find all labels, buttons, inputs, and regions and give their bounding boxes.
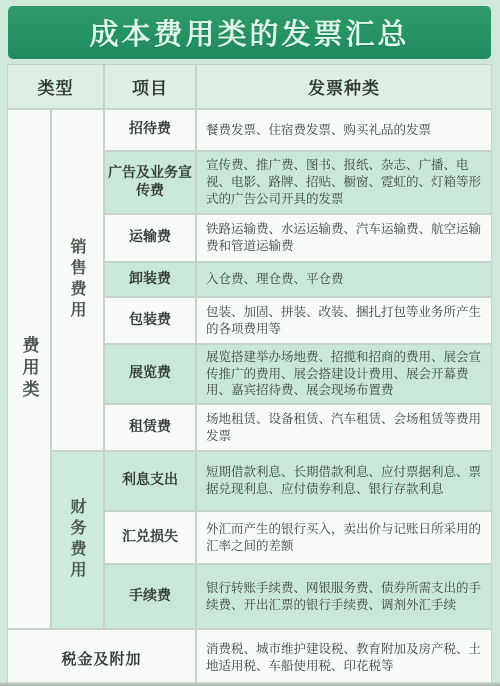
row-invoice-desc: 包装、加固、拼装、改装、捆扎打包等业务所产生的各项费用等 [197,298,491,343]
row-item-label: 利息支出 [105,452,195,510]
row-item-label: 招待费 [105,110,195,150]
row-item-label: 展览费 [105,345,195,403]
infographic-page: 成本费用类的发票汇总 类型 项目 发票种类 费用类 销售费用 财务费用 招待费 … [0,0,500,686]
row-invoice-desc: 入仓费、理仓费、平仓费 [197,263,491,296]
row-invoice-desc: 外汇而产生的银行买入，卖出价与记账日所采用的汇率之间的差额 [197,512,491,563]
category-cell-expense-class: 费用类 [8,110,50,628]
row-invoice-desc: 短期借款利息、长期借款利息、应付票据利息、票据兑现利息、应付债券利息、银行存款利… [197,452,491,510]
row-invoice-desc: 宣传费、推广费、图书、报纸、杂志、广播、电视、电影、路牌、招贴、橱窗、霓虹的、灯… [197,152,491,213]
row-item-label: 包装费 [105,298,195,343]
row-item-label: 广告及业务宣传费 [105,152,195,213]
row-item-label: 汇兑损失 [105,512,195,563]
column-header-item: 项目 [105,65,195,108]
invoice-summary-table: 类型 项目 发票种类 费用类 销售费用 财务费用 招待费 餐费发票、住宿费发票、… [8,65,491,686]
row-item-label: 租赁费 [105,405,195,450]
group-cell-sales-expenses: 销售费用 [52,110,103,450]
row-invoice-desc: 银行转账手续费、网银服务费、债券所需支出的手续费、开出汇票的银行手续费、调剂外汇… [197,565,491,628]
row-invoice-desc: 餐费发票、住宿费发票、购买礼品的发票 [197,110,491,150]
photo-bottom-edge [0,682,500,686]
row-item-label: 运输费 [105,215,195,261]
row-invoice-desc: 展览搭建举办场地费、招揽和招商的费用、展会宣传推广的费用、展会搭建设计费用、展会… [197,345,491,403]
row-invoice-desc: 场地租赁、设备租赁、汽车租赁、会场租赁等费用发票 [197,405,491,450]
row-invoice-desc: 铁路运输费、水运运输费、汽车运输费、航空运输费和管道运输费 [197,215,491,261]
row-item-label: 手续费 [105,565,195,628]
tax-row-desc: 消费税、城市维护建设税、教育附加及房产税、土地适用税、车船使用税、印花税等 [197,630,491,686]
column-header-type: 类型 [8,65,103,108]
row-item-label: 卸装费 [105,263,195,296]
group-cell-finance-expenses: 财务费用 [52,452,103,628]
page-title: 成本费用类的发票汇总 [89,12,409,53]
tax-row-label: 税金及附加 [8,630,195,686]
column-header-invoice-kind: 发票种类 [197,65,491,108]
title-banner: 成本费用类的发票汇总 [8,6,491,59]
